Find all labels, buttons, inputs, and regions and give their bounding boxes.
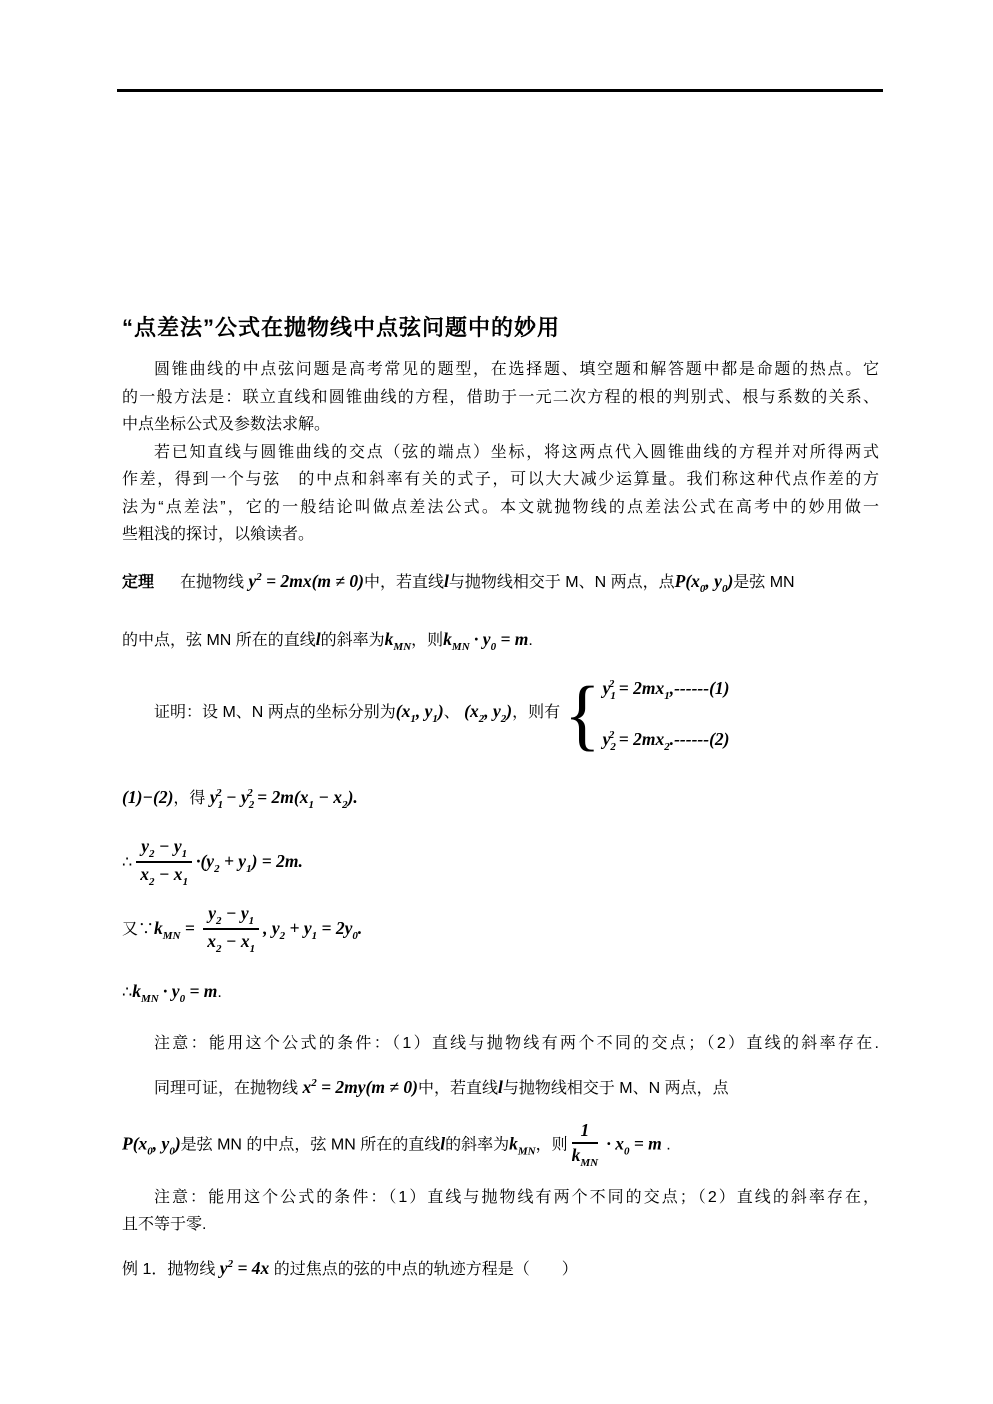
fraction: y2 − y1x2 − x1 — [203, 903, 259, 956]
text-segment: . — [662, 1136, 671, 1153]
math-segment: . — [358, 918, 362, 938]
math-segment: − y — [222, 903, 249, 923]
math-segment: , y — [263, 918, 280, 938]
fraction: 1kMN — [572, 1120, 598, 1170]
math-segment: = m — [629, 1133, 661, 1153]
example-1: 例 1．抛物线 y2 = 4x 的过焦点的弦的中点的轨迹方程是（ ） — [122, 1247, 879, 1287]
derivation-step-1: (1)−(2)，得 y12 − y22 = 2m(x1 − x2). — [122, 776, 879, 822]
equation-1: y12 = 2mx1,------(1) — [603, 669, 730, 711]
math-segment: , y — [705, 571, 722, 591]
math-segment: MN — [393, 641, 411, 653]
midpoint-slope-line: P(x0, y0)是弦 MN 的中点，弦 MN 所在的直线l的斜率为kMN，则1… — [122, 1120, 879, 1170]
text-segment: 的斜率为 — [445, 1136, 509, 1153]
math-segment: − y — [222, 787, 249, 807]
text-segment: 中，若直线 — [364, 574, 444, 591]
math-segment: = 4x — [233, 1258, 269, 1278]
derivation-step-2: ∴y2 − y1x2 − x1·(y2 + y1) = 2m. — [122, 836, 879, 889]
left-brace: { — [564, 675, 600, 755]
math-segment: (x — [464, 701, 479, 721]
math-segment: y — [208, 903, 216, 923]
equation-system: y12 = 2mx1,------(1) y22 = 2mx2.------(2… — [603, 669, 730, 762]
math-segment: x — [207, 931, 216, 951]
math-segment: MN — [141, 993, 159, 1005]
text-line: 且不等于零. — [122, 1211, 879, 1239]
math-segment: · x — [602, 1133, 624, 1153]
math-segment: , y — [153, 1133, 170, 1153]
fraction-numerator: y2 − y1 — [136, 836, 192, 864]
fraction-numerator: 1 — [572, 1120, 598, 1144]
text-segment: ∴ — [122, 984, 132, 1001]
text-segment: 又∵ — [122, 921, 154, 938]
fraction: y2 − y1x2 − x1 — [136, 836, 192, 889]
proof-intro: 证明：设 M、N 两点的坐标分别为(x1, y1)、 (x2, y2)，则有 — [122, 695, 560, 735]
derivation-step-3: 又∵kMN = y2 − y1x2 − x1, y2 + y1 = 2y0. — [122, 903, 879, 956]
math-segment: ) = 2m. — [252, 850, 303, 870]
text-segment: 与抛物线相交于 M、N 两点，点 — [449, 574, 675, 591]
document-content: “点差法”公式在抛物线中点弦问题中的妙用 圆锥曲线的中点弦问题是高考常见的题型，… — [122, 0, 879, 1287]
theorem-line-2: 的中点，弦 MN 所在的直线l的斜率为kMN，则kMN · y0 = m. — [122, 623, 879, 663]
math-segment: ,------(1) — [670, 678, 730, 698]
fraction-denominator: x2 − x1 — [203, 930, 259, 956]
math-segment: = 2y — [317, 918, 352, 938]
math-segment: = 2my(m ≠ 0) — [317, 1077, 418, 1097]
math-segment: 1 — [183, 876, 189, 888]
text-segment: 、 — [444, 704, 464, 721]
intro-paragraph-1: 圆锥曲线的中点弦问题是高考常见的题型，在选择题、填空题和解答题中都是命题的热点。… — [122, 356, 879, 439]
note-1: 注意：能用这个公式的条件：（1）直线与抛物线有两个不同的交点；（2）直线的斜率存… — [122, 1030, 879, 1058]
text-segment: 的中点，弦 MN 所在的直线 — [122, 632, 316, 649]
math-segment: − y — [154, 836, 181, 856]
math-segment: · y — [159, 981, 180, 1001]
math-segment: = m — [496, 629, 528, 649]
text-segment: 例 1．抛物线 — [122, 1261, 220, 1278]
text-segment: 的过焦点的弦的中点的轨迹方程是（ ） — [269, 1261, 577, 1278]
document-page: { "doc": { "colors": {"ink": "#000000", … — [0, 0, 993, 1404]
theorem-statement-1: 在抛物线 y2 = 2mx(m ≠ 0)中，若直线l与抛物线相交于 M、N 两点… — [180, 574, 795, 591]
text-segment: 中，若直线 — [418, 1080, 498, 1097]
math-segment: MN — [580, 1157, 598, 1169]
text-line: 中点坐标公式及参数法求解。 — [122, 411, 879, 439]
text-segment: 与抛物线相交于 M、N 两点，点 — [503, 1080, 729, 1097]
document-title: “点差法”公式在抛物线中点弦问题中的妙用 — [122, 313, 879, 343]
text-segment: . — [528, 632, 532, 649]
math-segment: + y — [220, 850, 247, 870]
math-segment: k — [509, 1133, 518, 1153]
intro-paragraph-2: 若已知直线与圆锥曲线的交点（弦的端点）坐标，将这两点代入圆锥曲线的方程并对所得两… — [122, 439, 879, 549]
text-line: 法为“点差法”，它的一般结论叫做点差法公式。本文就抛物线的点差法公式在高考中的妙… — [122, 494, 879, 522]
math-segment: ·(y — [196, 850, 214, 870]
equation-2: y22 = 2mx2.------(2) — [603, 720, 730, 762]
math-segment: = 2m(x — [253, 787, 309, 807]
math-segment: P(x — [675, 571, 700, 591]
text-segment: ，得 — [173, 790, 209, 807]
math-segment: = 2mx(m ≠ 0) — [262, 571, 364, 591]
text-segment: 证明：设 M、N 两点的坐标分别为 — [154, 704, 396, 721]
math-segment: , y — [416, 701, 433, 721]
proof-block: 证明：设 M、N 两点的坐标分别为(x1, y1)、 (x2, y2)，则有 {… — [122, 669, 879, 762]
fraction-numerator: y2 − y1 — [203, 903, 259, 931]
math-segment: k — [132, 981, 141, 1001]
math-segment: − x — [314, 787, 342, 807]
math-segment: k — [154, 918, 163, 938]
fraction-denominator: x2 − x1 — [136, 863, 192, 889]
text-segment: 是弦 MN — [733, 574, 794, 591]
math-segment: · y — [470, 629, 491, 649]
math-segment: k — [443, 629, 452, 649]
math-segment: 1 — [580, 1120, 589, 1140]
math-segment: MN — [163, 930, 181, 942]
text-segment: 同理可证，在抛物线 — [154, 1080, 302, 1097]
math-segment: ). — [348, 787, 358, 807]
math-segment: 1 — [182, 848, 188, 860]
text-segment: ，则有 — [512, 704, 560, 721]
math-segment: (x — [396, 701, 411, 721]
text-segment: ，则 — [411, 632, 443, 649]
theorem-block: 定理在抛物线 y2 = 2mx(m ≠ 0)中，若直线l与抛物线相交于 M、N … — [122, 561, 879, 663]
math-segment: (1)−(2) — [122, 787, 173, 807]
text-line: 注意：能用这个公式的条件：（1）直线与抛物线有两个不同的交点；（2）直线的斜率存… — [122, 1184, 879, 1212]
math-segment: x — [302, 1077, 311, 1097]
math-segment: MN — [452, 641, 470, 653]
math-segment: = 2mx — [614, 729, 664, 749]
theorem-label: 定理 — [122, 574, 154, 591]
math-segment: y — [220, 1258, 228, 1278]
text-segment: 是弦 MN 的中点，弦 MN 所在的直线 — [181, 1136, 441, 1153]
math-segment: .------(2) — [670, 729, 730, 749]
note-2: 注意：能用这个公式的条件：（1）直线与抛物线有两个不同的交点；（2）直线的斜率存… — [122, 1184, 879, 1239]
text-line: 作差，得到一个与弦 的中点和斜率有关的式子，可以大大减少运算量。我们称这种代点作… — [122, 466, 879, 494]
derivation-conclusion: ∴kMN · y0 = m. — [122, 974, 879, 1016]
text-line: 若已知直线与圆锥曲线的交点（弦的端点）坐标，将这两点代入圆锥曲线的方程并对所得两… — [122, 439, 879, 467]
text-line: 些粗浅的探讨，以飨读者。 — [122, 521, 879, 549]
math-segment: − x — [222, 931, 250, 951]
text-line: 圆锥曲线的中点弦问题是高考常见的题型，在选择题、填空题和解答题中都是命题的热点。… — [122, 356, 879, 384]
theorem-line-1: 定理在抛物线 y2 = 2mx(m ≠ 0)中，若直线l与抛物线相交于 M、N … — [122, 561, 879, 605]
text-line: 的一般方法是：联立直线和圆锥曲线的方程，借助于一元二次方程的根的判别式、根与系数… — [122, 384, 879, 412]
text-segment: ∴ — [122, 853, 132, 870]
math-segment: 1 — [250, 943, 256, 955]
math-segment: x — [140, 864, 149, 884]
math-segment: P(x — [122, 1133, 147, 1153]
math-segment: − x — [154, 864, 182, 884]
fraction-denominator: kMN — [572, 1144, 598, 1170]
math-segment: = 2mx — [614, 678, 664, 698]
math-segment: y — [141, 836, 149, 856]
similar-case-line: 同理可证，在抛物线 x2 = 2my(m ≠ 0)中，若直线l与抛物线相交于 M… — [122, 1066, 879, 1106]
text-segment: 在抛物线 — [180, 574, 248, 591]
math-segment: = — [181, 918, 200, 938]
math-segment: + y — [285, 918, 312, 938]
math-segment: MN — [518, 1145, 536, 1157]
text-segment: 的斜率为 — [321, 632, 385, 649]
math-segment: = m — [185, 981, 217, 1001]
text-segment: ，则 — [536, 1136, 568, 1153]
text-segment: . — [217, 984, 221, 1001]
math-segment: , y — [484, 701, 501, 721]
math-segment: 1 — [249, 915, 255, 927]
